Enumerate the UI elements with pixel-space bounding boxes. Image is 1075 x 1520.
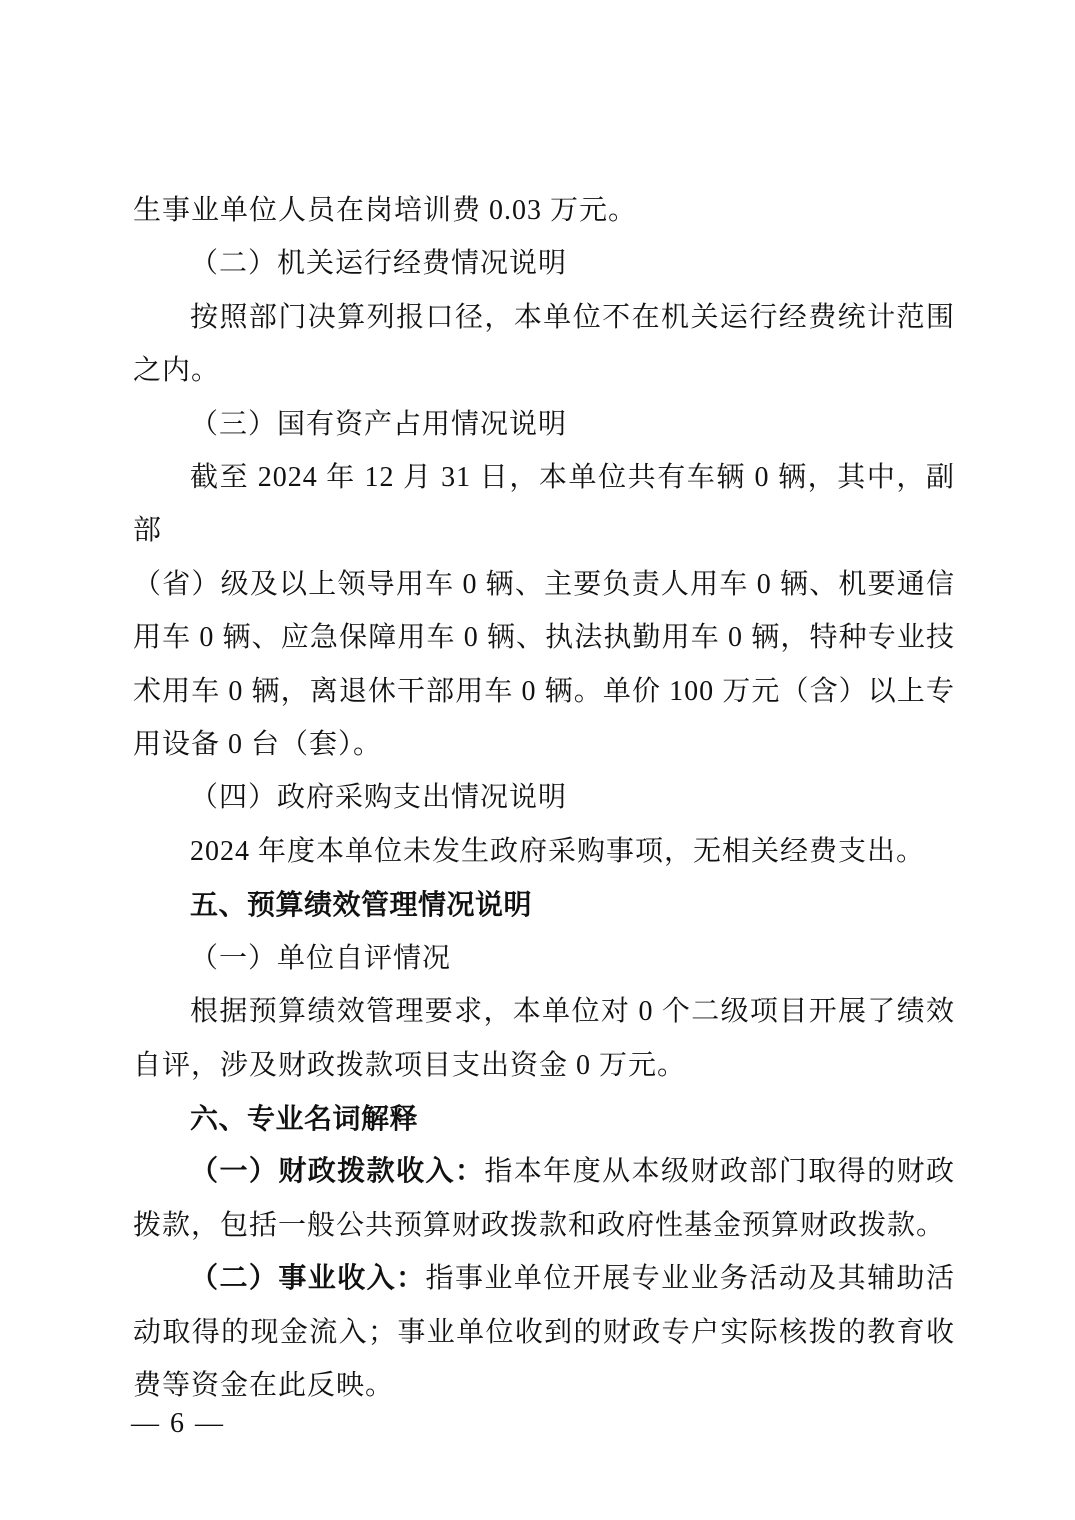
line-budget-caliber-1: 按照部门决算列报口径，本单位不在机关运行经费统计范围	[133, 291, 955, 344]
line-assets-5: 用设备 0 台（套）。	[133, 718, 955, 771]
page-number: — 6 —	[131, 1404, 225, 1444]
term-fiscal-appropriation-text: 指本年度从本级财政部门取得的财政	[484, 1156, 955, 1187]
line-assets-1: 截至 2024 年 12 月 31 日，本单位共有车辆 0 辆，其中，副部	[133, 451, 955, 558]
line-assets-4: 术用车 0 辆，离退休干部用车 0 辆。单价 100 万元（含）以上专	[133, 665, 955, 718]
heading-part-6: 六、专业名词解释	[133, 1092, 955, 1145]
line-term-business-2: 动取得的现金流入；事业单位收到的财政专户实际核拨的教育收	[133, 1306, 955, 1359]
line-assets-2: （省）级及以上领导用车 0 辆、主要负责人用车 0 辆、机要通信	[133, 558, 955, 611]
line-training-fee: 生事业单位人员在岗培训费 0.03 万元。	[133, 184, 955, 237]
line-term-fiscal-2: 拨款，包括一般公共预算财政拨款和政府性基金预算财政拨款。	[133, 1199, 955, 1252]
document-page: 生事业单位人员在岗培训费 0.03 万元。 （二）机关运行经费情况说明 按照部门…	[0, 0, 1075, 1520]
heading-section-5-1: （一）单位自评情况	[133, 932, 955, 985]
line-performance-2: 自评，涉及财政拨款项目支出资金 0 万元。	[133, 1039, 955, 1092]
term-business-income-text: 指事业单位开展专业业务活动及其辅助活	[426, 1263, 955, 1294]
term-business-income-label: （二）事业收入：	[190, 1263, 426, 1294]
line-performance-1: 根据预算绩效管理要求，本单位对 0 个二级项目开展了绩效	[133, 985, 955, 1038]
line-term-business-1: （二）事业收入：指事业单位开展专业业务活动及其辅助活	[133, 1252, 955, 1305]
heading-part-5: 五、预算绩效管理情况说明	[133, 878, 955, 931]
line-assets-3: 用车 0 辆、应急保障用车 0 辆、执法执勤用车 0 辆，特种专业技	[133, 611, 955, 664]
line-term-business-3: 费等资金在此反映。	[133, 1359, 955, 1412]
term-fiscal-appropriation-label: （一）财政拨款收入：	[190, 1156, 484, 1187]
line-term-fiscal-1: （一）财政拨款收入：指本年度从本级财政部门取得的财政	[133, 1145, 955, 1198]
document-body: 生事业单位人员在岗培训费 0.03 万元。 （二）机关运行经费情况说明 按照部门…	[133, 184, 955, 1412]
heading-section-3: （三）国有资产占用情况说明	[133, 398, 955, 451]
line-procurement: 2024 年度本单位未发生政府采购事项，无相关经费支出。	[133, 825, 955, 878]
line-budget-caliber-2: 之内。	[133, 344, 955, 397]
heading-section-2: （二）机关运行经费情况说明	[133, 237, 955, 290]
heading-section-4: （四）政府采购支出情况说明	[133, 771, 955, 824]
